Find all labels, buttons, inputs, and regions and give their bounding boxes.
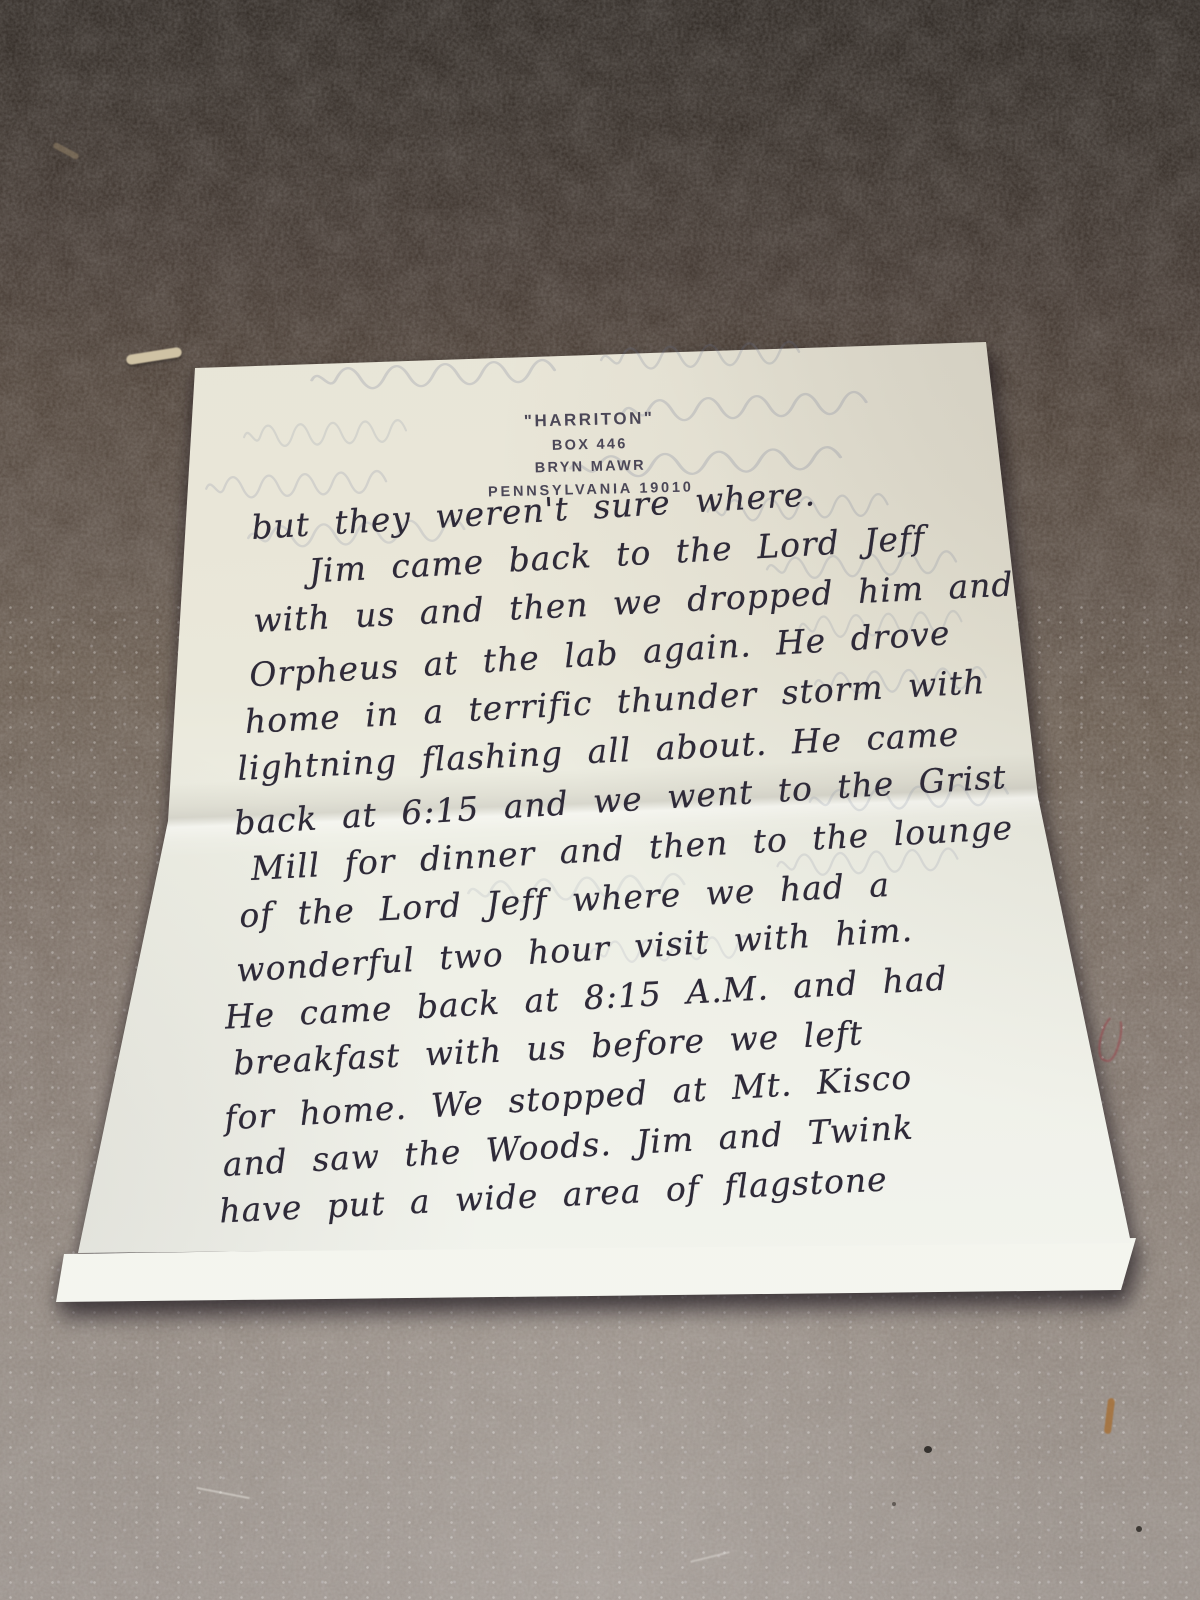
letterhead-city: BRYN MAWR: [445, 455, 735, 478]
folded-letter-paper: "HARRITON" BOX 446 BRYN MAWR PENNSYLVANI…: [0, 0, 1200, 1600]
photo-of-letter-on-carpet: "HARRITON" BOX 446 BRYN MAWR PENNSYLVANI…: [0, 0, 1200, 1600]
carpet-speck: [1136, 1526, 1142, 1532]
carpet-speck: [892, 1502, 896, 1506]
carpet-speck: [924, 1446, 932, 1453]
handwriting-lines: but they weren't sure where.Jim came bac…: [205, 455, 1123, 1237]
letterhead-box: BOX 446: [445, 433, 735, 456]
